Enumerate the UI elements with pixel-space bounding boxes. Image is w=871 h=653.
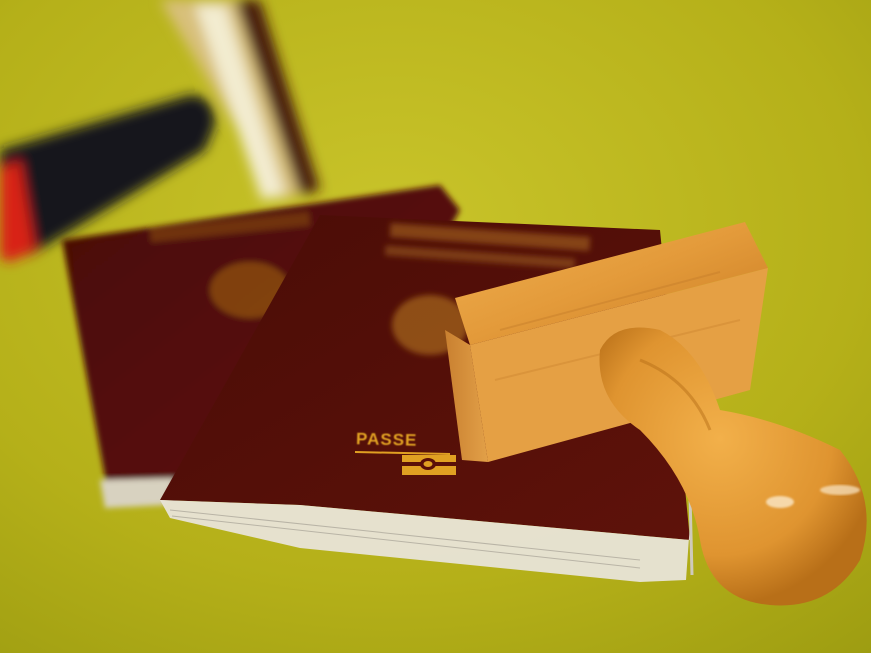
passport-cover-text: PASSE — [356, 429, 418, 451]
biometric-chip-icon — [402, 455, 456, 475]
photo-illustration — [0, 0, 871, 653]
photo-scene: PASSE — [0, 0, 871, 653]
